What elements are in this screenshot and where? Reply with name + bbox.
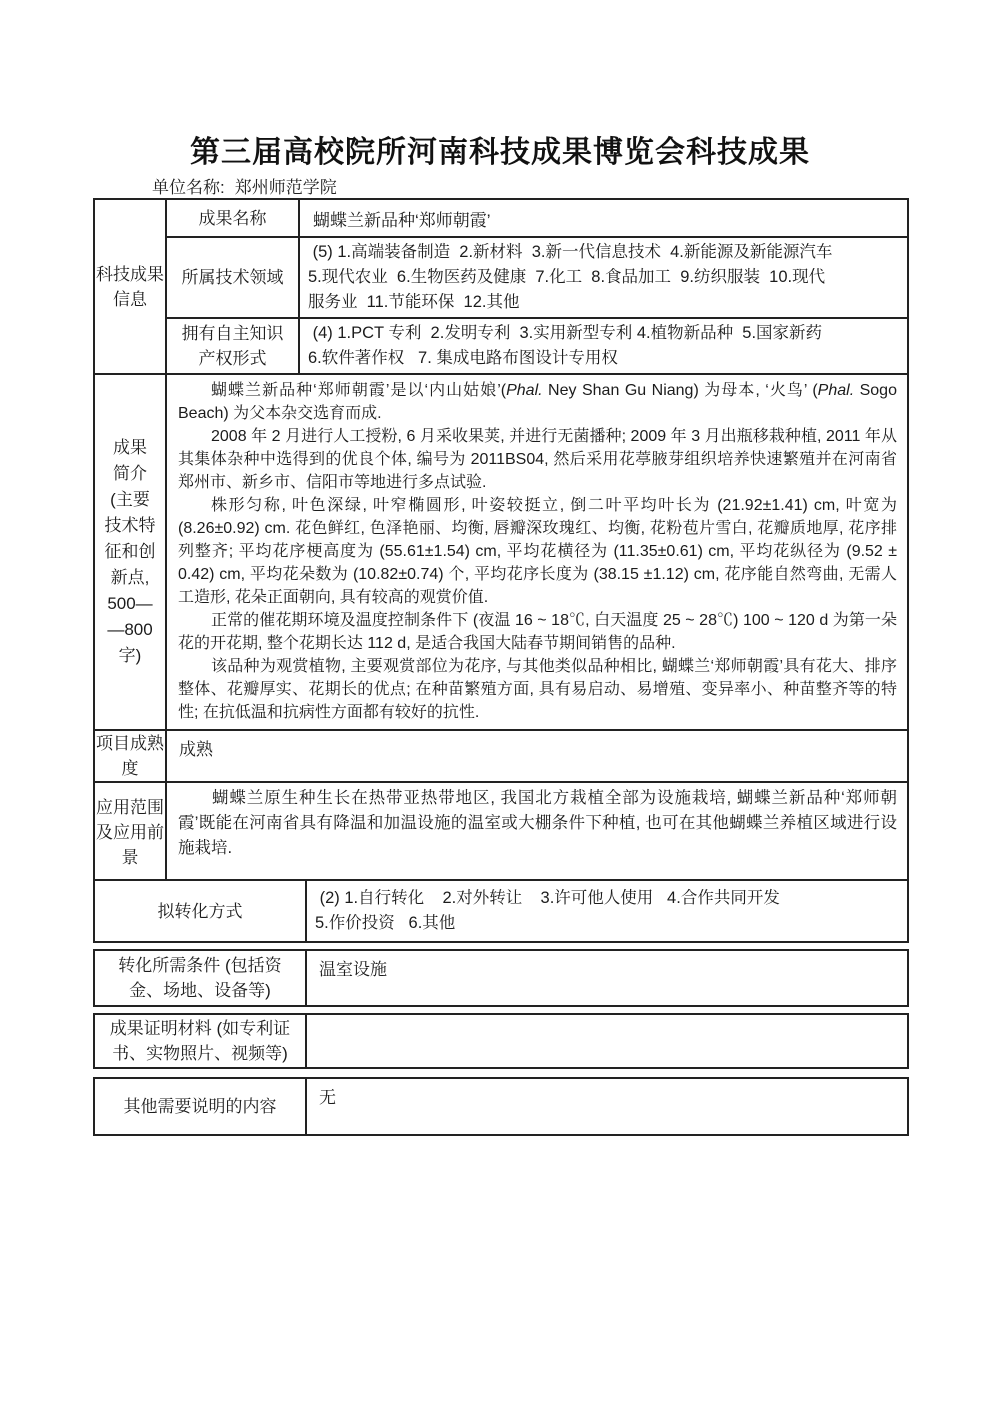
application-label: 应用范围及应用前景 — [94, 782, 166, 882]
transform-method-options: (2) 1.自行转化 2.对外转让 3.许可他人使用 4.合作共同开发5.作价投… — [306, 880, 908, 942]
table-row: 拟转化方式 (2) 1.自行转化 2.对外转让 3.许可他人使用 4.合作共同开… — [94, 880, 908, 942]
table-row: 项目成熟度 成熟 — [94, 730, 908, 782]
other-notes-value: 无 — [306, 1078, 908, 1135]
summary-label: 成果简介(主要技术特征和创新点,500——800字) — [94, 374, 166, 730]
tech-field-label: 所属技术领域 — [166, 237, 299, 318]
org-name-value: 郑州师范学院 — [235, 178, 337, 197]
ipr-label: 拥有自主知识产权形式 — [166, 318, 299, 374]
org-name-line: 单位名称:郑州师范学院 — [152, 173, 337, 198]
result-name-value: 蝴蝶兰新品种‘郑师朝霞’ — [299, 199, 908, 237]
table-row: 应用范围及应用前景 蝴蝶兰原生种生长在热带亚热带地区, 我国北方栽植全部为设施栽… — [94, 782, 908, 882]
maturity-value: 成熟 — [166, 730, 908, 782]
table-row: 其他需要说明的内容 无 — [94, 1078, 908, 1135]
table-row: 科技成果信息 成果名称 蝴蝶兰新品种‘郑师朝霞’ — [94, 199, 908, 237]
application-cell: 蝴蝶兰原生种生长在热带亚热带地区, 我国北方栽植全部为设施栽培, 蝴蝶兰新品种‘… — [166, 782, 908, 882]
summary-paragraph: 株形匀称, 叶色深绿, 叶窄椭圆形, 叶姿较挺立, 倒二叶平均叶长为 (21.9… — [178, 494, 897, 609]
table-row: 转化所需条件 (包括资金、场地、设备等) 温室设施 — [94, 950, 908, 1006]
page-title: 第三届高校院所河南科技成果博览会科技成果 — [0, 127, 1000, 171]
tech-field-options: (5) 1.高端装备制造 2.新材料 3.新一代信息技术 4.新能源及新能源汽车… — [299, 237, 908, 318]
conditions-label: 转化所需条件 (包括资金、场地、设备等) — [94, 950, 306, 1006]
other-notes-label: 其他需要说明的内容 — [94, 1078, 306, 1135]
evidence-table: 成果证明材料 (如专利证书、实物照片、视频等) — [93, 1013, 909, 1069]
application-text: 蝴蝶兰原生种生长在热带亚热带地区, 我国北方栽植全部为设施栽培, 蝴蝶兰新品种‘… — [178, 786, 897, 861]
other-notes-table: 其他需要说明的内容 无 — [93, 1077, 909, 1136]
transform-method-label: 拟转化方式 — [94, 880, 306, 942]
achievement-info-table: 科技成果信息 成果名称 蝴蝶兰新品种‘郑师朝霞’ 所属技术领域 (5) 1.高端… — [93, 198, 909, 883]
summary-paragraph: 2008 年 2 月进行人工授粉, 6 月采收果荚, 并进行无菌播种; 2009… — [178, 425, 897, 494]
table-row: 所属技术领域 (5) 1.高端装备制造 2.新材料 3.新一代信息技术 4.新能… — [94, 237, 908, 318]
conditions-value: 温室设施 — [306, 950, 908, 1006]
table-row: 成果简介(主要技术特征和创新点,500——800字) 蝴蝶兰新品种‘郑师朝霞’是… — [94, 374, 908, 730]
table-row: 成果证明材料 (如专利证书、实物照片、视频等) — [94, 1014, 908, 1068]
summary-text: 蝴蝶兰新品种‘郑师朝霞’是以‘内山姑娘’(Phal. Ney Shan Gu N… — [166, 374, 908, 730]
conditions-table: 转化所需条件 (包括资金、场地、设备等) 温室设施 — [93, 949, 909, 1007]
summary-paragraph: 蝴蝶兰新品种‘郑师朝霞’是以‘内山姑娘’(Phal. Ney Shan Gu N… — [178, 379, 897, 425]
latin-name-italic: Phal. — [506, 382, 542, 399]
table-row: 拥有自主知识产权形式 (4) 1.PCT 专利 2.发明专利 3.实用新型专利 … — [94, 318, 908, 374]
result-name-label: 成果名称 — [166, 199, 299, 237]
org-name-label: 单位名称: — [152, 178, 225, 197]
document-page: 第三届高校院所河南科技成果博览会科技成果 单位名称:郑州师范学院 科技成果信息 … — [0, 0, 1000, 1414]
ipr-options: (4) 1.PCT 专利 2.发明专利 3.实用新型专利 4.植物新品种 5.国… — [299, 318, 908, 374]
transform-method-table: 拟转化方式 (2) 1.自行转化 2.对外转让 3.许可他人使用 4.合作共同开… — [93, 879, 909, 943]
latin-name-italic: Phal. — [818, 382, 854, 399]
evidence-label: 成果证明材料 (如专利证书、实物照片、视频等) — [94, 1014, 306, 1068]
summary-paragraph: 该品种为观赏植物, 主要观赏部位为花序, 与其他类似品种相比, 蝴蝶兰‘郑师朝霞… — [178, 655, 897, 724]
info-section-label: 科技成果信息 — [94, 199, 166, 374]
evidence-value — [306, 1014, 908, 1068]
maturity-label: 项目成熟度 — [94, 730, 166, 782]
summary-paragraph: 正常的催花期环境及温度控制条件下 (夜温 16 ~ 18℃, 白天温度 25 ~… — [178, 609, 897, 655]
